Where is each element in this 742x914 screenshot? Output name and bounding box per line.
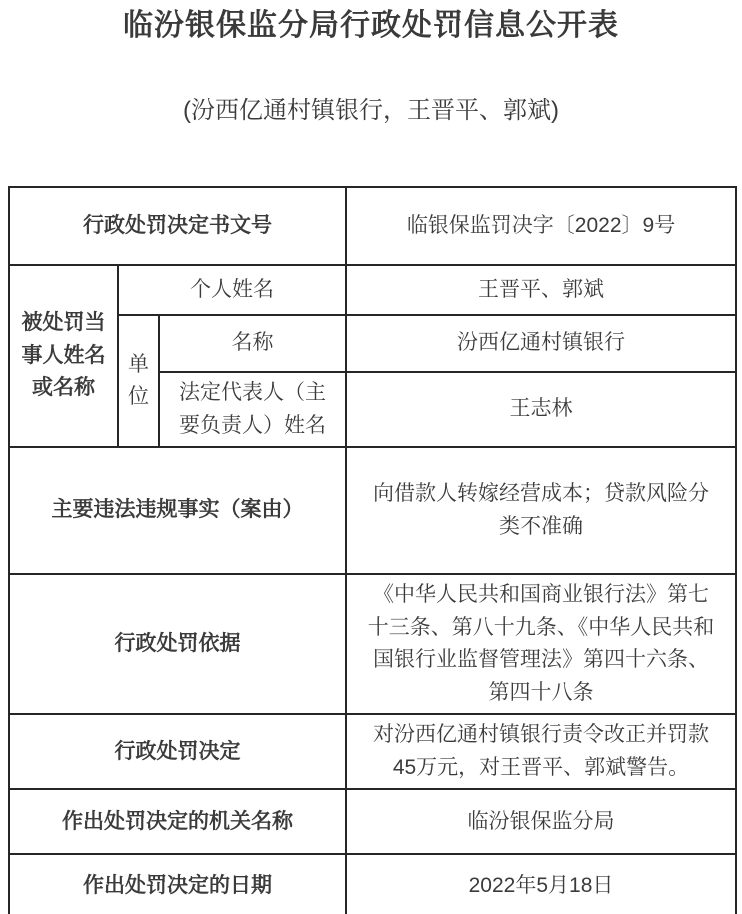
basis-label: 行政处罚依据 [9,574,346,714]
authority-row: 作出处罚决定的机关名称 临汾银保监分局 [9,789,736,854]
date-label: 作出处罚决定的日期 [9,854,346,914]
doc-no-value: 临银保监罚决字〔2022〕9号 [346,187,736,265]
personal-name-value: 王晋平、郭斌 [346,265,736,315]
party-label: 被处罚当事人姓名或名称 [9,265,118,447]
penalty-disclosure-page: 临汾银保监分局行政处罚信息公开表 (汾西亿通村镇银行，王晋平、郭斌) 行政处罚决… [0,0,742,914]
unit-name-row: 单位 名称 汾西亿通村镇银行 [9,315,736,372]
date-value: 2022年5月18日 [346,854,736,914]
decision-label: 行政处罚决定 [9,714,346,789]
personal-name-row: 被处罚当事人姓名或名称 个人姓名 王晋平、郭斌 [9,265,736,315]
page-title: 临汾银保监分局行政处罚信息公开表 [0,8,742,44]
legal-rep-label: 法定代表人（主要负责人）姓名 [159,372,346,447]
page-subtitle: (汾西亿通村镇银行，王晋平、郭斌) [0,96,742,126]
decision-value: 对汾西亿通村镇银行责令改正并罚款45万元，对王晋平、郭斌警告。 [346,714,736,789]
decision-row: 行政处罚决定 对汾西亿通村镇银行责令改正并罚款45万元，对王晋平、郭斌警告。 [9,714,736,789]
unit-name-value: 汾西亿通村镇银行 [346,315,736,372]
doc-no-row: 行政处罚决定书文号 临银保监罚决字〔2022〕9号 [9,187,736,265]
date-row: 作出处罚决定的日期 2022年5月18日 [9,854,736,914]
authority-label: 作出处罚决定的机关名称 [9,789,346,854]
facts-row: 主要违法违规事实（案由） 向借款人转嫁经营成本；贷款风险分类不准确 [9,447,736,574]
unit-label: 单位 [118,315,159,447]
facts-value: 向借款人转嫁经营成本；贷款风险分类不准确 [346,447,736,574]
facts-label: 主要违法违规事实（案由） [9,447,346,574]
authority-value: 临汾银保监分局 [346,789,736,854]
basis-value: 《中华人民共和国商业银行法》第七十三条、第八十九条、《中华人民共和国银行业监督管… [346,574,736,714]
unit-name-label: 名称 [159,315,346,372]
basis-row: 行政处罚依据 《中华人民共和国商业银行法》第七十三条、第八十九条、《中华人民共和… [9,574,736,714]
doc-no-label: 行政处罚决定书文号 [9,187,346,265]
penalty-table: 行政处罚决定书文号 临银保监罚决字〔2022〕9号 被处罚当事人姓名或名称 个人… [8,186,737,914]
personal-name-label: 个人姓名 [118,265,346,315]
legal-rep-value: 王志林 [346,372,736,447]
